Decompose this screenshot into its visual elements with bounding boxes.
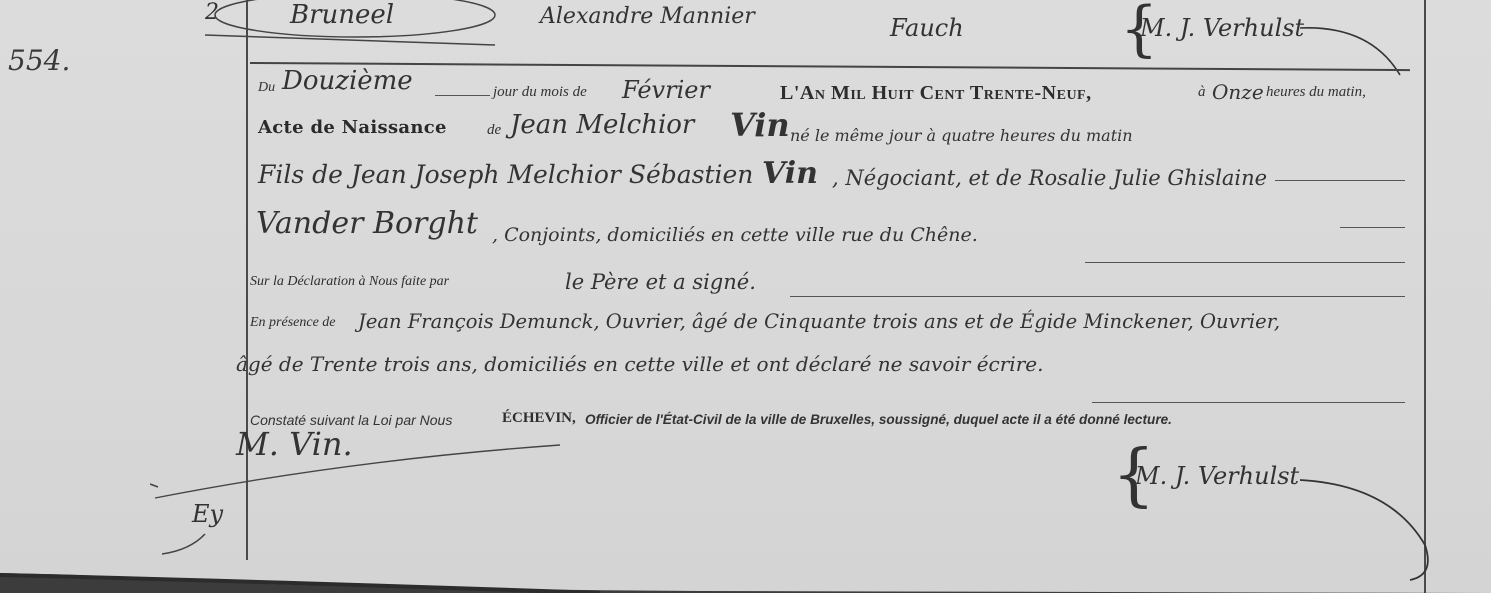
child-surname: Vin [730, 106, 790, 144]
fill-dash [1092, 402, 1405, 403]
signature-officer-top: M. J. Verhulst [1140, 14, 1304, 42]
fill-dash [435, 95, 490, 96]
label-officier: Officier de l'État-Civil de la ville de … [585, 412, 1172, 427]
act-title: Acte de Naissance [258, 117, 447, 138]
witnesses: Jean François Demunck, Ouvrier, âgé de C… [358, 310, 1280, 333]
label-presence: En présence de [250, 315, 336, 331]
label-declaration: Sur la Déclaration à Nous faite par [250, 274, 449, 290]
year-text: L'An Mil Huit Cent Trente-Neuf, [780, 82, 1092, 105]
record-number: 554. [8, 44, 70, 77]
birth-note: né le même jour à quatre heures du matin [790, 126, 1133, 145]
label-du: Du [258, 80, 275, 96]
declarant: le Père et a signé. [565, 270, 756, 294]
father-given-names: Fils de Jean Joseph Melchior Sébastien [258, 160, 753, 189]
signature-bruneel: Bruneel [290, 0, 394, 30]
record-separator [250, 62, 1410, 71]
mother-surname: Vander Borght [256, 206, 478, 241]
father-occupation-mother-names: , Négociant, et de Rosalie Julie Ghislai… [832, 166, 1267, 190]
signature-officer-bottom: M. J. Verhulst [1135, 462, 1299, 490]
margin-mark-bottom: Ey [192, 500, 223, 528]
child-given-names: Jean Melchior [510, 110, 694, 140]
label-heures: heures du matin, [1266, 84, 1366, 101]
fill-dash [790, 296, 1405, 297]
label-jour-du-mois: jour du mois de [493, 84, 587, 101]
scan-shadow [0, 553, 1491, 593]
fill-dash [1085, 262, 1405, 263]
fill-dash [1275, 180, 1405, 181]
document-page: 554. 2 Bruneel Alexandre Mannier Fauch {… [0, 0, 1491, 593]
label-echevin: ÉCHEVIN, [502, 410, 576, 427]
witnesses-continued: âgé de Trente trois ans, domiciliés en c… [236, 352, 1043, 376]
father-surname: Vin [762, 156, 818, 191]
signature-mannier: Alexandre Mannier [540, 4, 755, 29]
signature-swash-icon [1300, 20, 1410, 80]
hour-value: Onze [1212, 80, 1264, 104]
signature-fauch: Fauch [890, 14, 964, 42]
day-value: Douzième [282, 66, 413, 96]
month-value: Février [622, 76, 710, 104]
residence: , Conjoints, domiciliés en cette ville r… [492, 224, 978, 246]
label-a: à [1198, 84, 1206, 101]
label-de: de [487, 122, 501, 139]
fill-dash [1340, 227, 1405, 228]
